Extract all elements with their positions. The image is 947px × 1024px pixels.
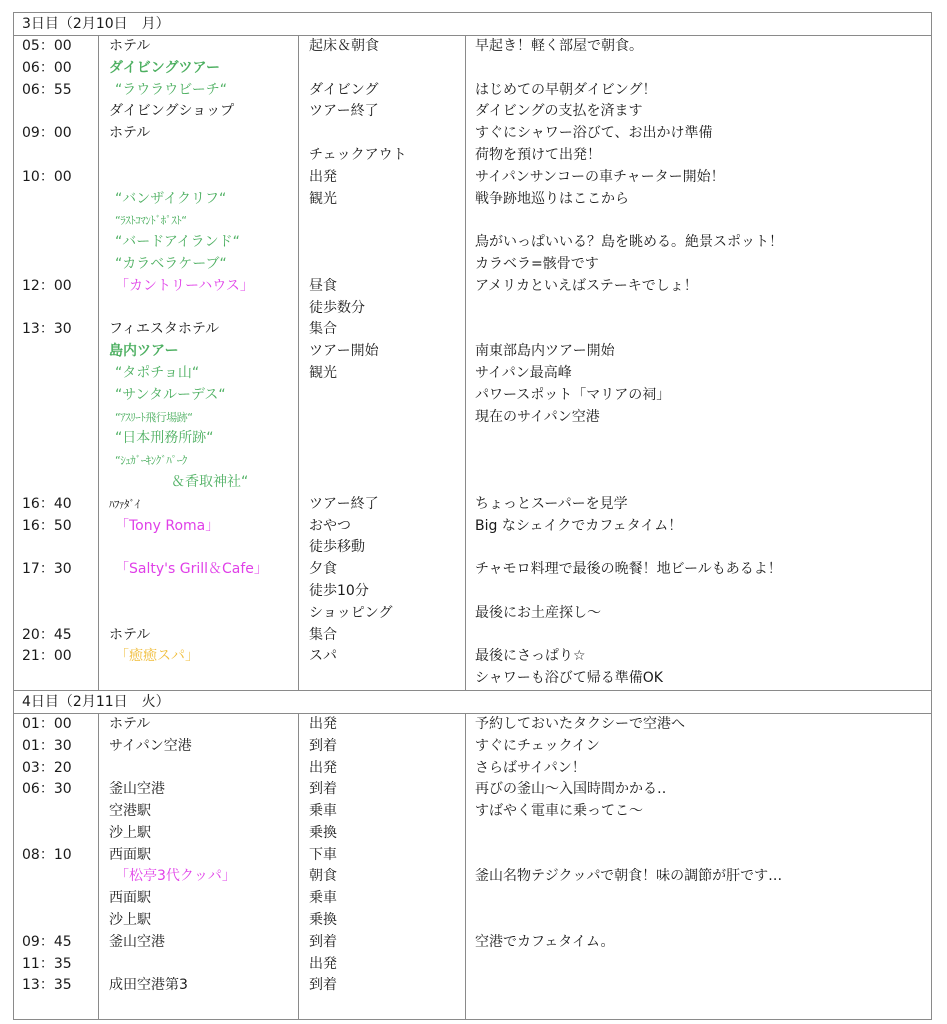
activity-cell <box>299 385 465 407</box>
place-cell: フィエスタホテル <box>99 319 298 341</box>
activity-cell: 出発 <box>299 714 465 736</box>
activity-cell: ツアー終了 <box>299 101 465 123</box>
place-cell: “ラウラウビーチ“ <box>99 80 298 102</box>
place-column: ホテルサイパン空港釜山空港空港駅沙上駅西面駅「松亭3代クッパ」西面駅沙上駅釜山空… <box>98 714 298 1019</box>
activity-cell <box>299 123 465 145</box>
note-cell: 戦争跡地巡りはここから <box>466 189 931 211</box>
activity-cell: 乗換 <box>299 823 465 845</box>
time-cell <box>14 254 98 276</box>
day-schedule: 01：0001：3003：2006：3008：1009：4511：3513：35… <box>14 714 931 1019</box>
note-cell <box>466 58 931 80</box>
note-cell <box>466 910 931 932</box>
activity-cell: 到着 <box>299 779 465 801</box>
time-cell <box>14 232 98 254</box>
time-cell <box>14 428 98 450</box>
place-cell: “サンタルーデス“ <box>99 385 298 407</box>
activity-cell: おやつ <box>299 516 465 538</box>
note-cell <box>466 537 931 559</box>
activity-cell: ショッピング <box>299 603 465 625</box>
activity-cell: 下車 <box>299 845 465 867</box>
activity-cell <box>299 254 465 276</box>
note-cell <box>466 581 931 603</box>
activity-cell <box>299 232 465 254</box>
note-cell <box>466 450 931 472</box>
time-cell <box>14 450 98 472</box>
time-column: 05：0006：0006：5509：0010：0012：0013：3016：40… <box>14 36 98 690</box>
activity-cell: 徒歩移動 <box>299 537 465 559</box>
note-cell: さらばサイパン！ <box>466 758 931 780</box>
place-cell: 「Salty's Grill＆Cafe」 <box>99 559 298 581</box>
time-cell: 21：00 <box>14 646 98 668</box>
time-cell: 20：45 <box>14 625 98 647</box>
note-cell: チャモロ料理で最後の晩餐！地ビールもあるよ！ <box>466 559 931 581</box>
note-cell: ダイビングの支払を済ます <box>466 101 931 123</box>
note-cell: すばやく電車に乗ってこ～ <box>466 801 931 823</box>
note-cell: 荷物を預けて出発！ <box>466 145 931 167</box>
time-cell: 16：40 <box>14 494 98 516</box>
activity-column: 出発到着出発到着乗車乗換下車朝食乗車乗換到着出発到着 <box>298 714 465 1019</box>
time-cell <box>14 801 98 823</box>
activity-cell: 出発 <box>299 758 465 780</box>
place-cell: “バンザイクリフ“ <box>99 189 298 211</box>
note-cell <box>466 823 931 845</box>
time-cell: 12：00 <box>14 276 98 298</box>
activity-cell: 乗換 <box>299 910 465 932</box>
activity-cell: 集合 <box>299 625 465 647</box>
time-cell <box>14 581 98 603</box>
time-cell: 03：20 <box>14 758 98 780</box>
place-cell <box>99 167 298 189</box>
note-cell: 最後にさっぱり☆ <box>466 646 931 668</box>
note-cell: すぐにシャワー浴びて、お出かけ準備 <box>466 123 931 145</box>
note-cell: 最後にお土産探し～ <box>466 603 931 625</box>
note-cell: 南東部島内ツアー開始 <box>466 341 931 363</box>
place-cell: サイパン空港 <box>99 736 298 758</box>
activity-cell <box>299 997 465 1019</box>
time-cell <box>14 866 98 888</box>
place-cell: ホテル <box>99 625 298 647</box>
place-cell: “日本刑務所跡“ <box>99 428 298 450</box>
place-cell: “ｼｭｶﾞｰｷﾝｸﾞﾊﾟｰｸ <box>99 450 298 472</box>
activity-cell: ツアー終了 <box>299 494 465 516</box>
time-cell: 01：00 <box>14 714 98 736</box>
activity-cell: ダイビング <box>299 80 465 102</box>
place-cell: 沙上駅 <box>99 910 298 932</box>
place-cell <box>99 997 298 1019</box>
time-cell: 16：50 <box>14 516 98 538</box>
note-cell: パワースポット「マリアの祠」 <box>466 385 931 407</box>
day-header: 4日目（2月11日 火） <box>14 691 931 714</box>
place-cell: “タポチョ山“ <box>99 363 298 385</box>
activity-cell: 到着 <box>299 736 465 758</box>
activity-cell: 昼食 <box>299 276 465 298</box>
place-cell: 西面駅 <box>99 845 298 867</box>
activity-cell <box>299 428 465 450</box>
note-cell: すぐにチェックイン <box>466 736 931 758</box>
place-cell: 「松亭3代クッパ」 <box>99 866 298 888</box>
activity-cell: 出発 <box>299 954 465 976</box>
time-cell: 06：00 <box>14 58 98 80</box>
time-cell <box>14 145 98 167</box>
time-cell <box>14 888 98 910</box>
note-cell: 再びの釜山～入国時間かかる‥ <box>466 779 931 801</box>
time-cell: 05：00 <box>14 36 98 58</box>
activity-cell: 観光 <box>299 363 465 385</box>
activity-cell: 到着 <box>299 932 465 954</box>
activity-cell <box>299 668 465 690</box>
activity-cell: 到着 <box>299 975 465 997</box>
place-cell: ホテル <box>99 123 298 145</box>
activity-cell <box>299 472 465 494</box>
time-cell: 09：45 <box>14 932 98 954</box>
place-cell: 釜山空港 <box>99 932 298 954</box>
time-cell <box>14 668 98 690</box>
note-cell <box>466 428 931 450</box>
place-cell: ダイビングツアー <box>99 58 298 80</box>
place-cell: 釜山空港 <box>99 779 298 801</box>
note-cell: Big なシェイクでカフェタイム！ <box>466 516 931 538</box>
activity-cell: 乗車 <box>299 888 465 910</box>
day-header: 3日目（2月10日 月） <box>14 13 931 36</box>
note-cell: シャワーも浴びて帰る準備OK <box>466 668 931 690</box>
note-cell: アメリカといえばステーキでしょ！ <box>466 276 931 298</box>
place-cell: “ﾗｽﾄｺﾏﾝﾄﾞﾎﾟｽﾄ“ <box>99 210 298 232</box>
time-cell <box>14 363 98 385</box>
time-cell <box>14 910 98 932</box>
place-cell: 「癒癒スパ」 <box>99 646 298 668</box>
day-schedule: 05：0006：0006：5509：0010：0012：0013：3016：40… <box>14 36 931 691</box>
note-cell: ちょっとスーパーを見学 <box>466 494 931 516</box>
time-cell: 13：30 <box>14 319 98 341</box>
note-cell <box>466 954 931 976</box>
time-cell: 11：35 <box>14 954 98 976</box>
note-column: 予約しておいたタクシーで空港へすぐにチェックインさらばサイパン！再びの釜山～入国… <box>465 714 931 1019</box>
note-cell: 鳥がいっぱいいる？島を眺める。絶景スポット！ <box>466 232 931 254</box>
time-cell <box>14 407 98 429</box>
note-cell <box>466 845 931 867</box>
place-cell: ホテル <box>99 714 298 736</box>
place-cell: 沙上駅 <box>99 823 298 845</box>
time-cell <box>14 341 98 363</box>
time-cell <box>14 189 98 211</box>
time-cell <box>14 472 98 494</box>
activity-cell <box>299 58 465 80</box>
activity-cell: 観光 <box>299 189 465 211</box>
place-cell <box>99 758 298 780</box>
time-cell: 10：00 <box>14 167 98 189</box>
activity-cell: 朝食 <box>299 866 465 888</box>
place-cell <box>99 537 298 559</box>
note-cell <box>466 975 931 997</box>
activity-column: 起床＆朝食ダイビングツアー終了チェックアウト出発観光昼食徒歩数分集合ツアー開始観… <box>298 36 465 690</box>
note-cell <box>466 888 931 910</box>
place-cell: ﾊﾌｧﾀﾞｲ <box>99 494 298 516</box>
time-cell <box>14 823 98 845</box>
note-cell: 空港でカフェタイム。 <box>466 932 931 954</box>
place-cell: 成田空港第3 <box>99 975 298 997</box>
time-cell <box>14 210 98 232</box>
note-cell <box>466 210 931 232</box>
time-cell: 08：10 <box>14 845 98 867</box>
activity-cell: 徒歩数分 <box>299 298 465 320</box>
activity-cell: 起床＆朝食 <box>299 36 465 58</box>
place-column: ホテルダイビングツアー“ラウラウビーチ“ダイビングショップホテル“バンザイクリフ… <box>98 36 298 690</box>
activity-cell: チェックアウト <box>299 145 465 167</box>
note-cell: 早起き！軽く部屋で朝食。 <box>466 36 931 58</box>
note-column: 早起き！軽く部屋で朝食。はじめての早朝ダイビング！ダイビングの支払を済ますすぐに… <box>465 36 931 690</box>
activity-cell: 出発 <box>299 167 465 189</box>
activity-cell <box>299 450 465 472</box>
time-column: 01：0001：3003：2006：3008：1009：4511：3513：35 <box>14 714 98 1019</box>
note-cell <box>466 997 931 1019</box>
place-cell <box>99 145 298 167</box>
place-cell: 「Tony Roma」 <box>99 516 298 538</box>
place-cell <box>99 668 298 690</box>
activity-cell: 乗車 <box>299 801 465 823</box>
place-cell: 島内ツアー <box>99 341 298 363</box>
note-cell <box>466 298 931 320</box>
time-cell: 06：30 <box>14 779 98 801</box>
time-cell <box>14 537 98 559</box>
place-cell: “ｱｽﾘｰﾄ飛行場跡“ <box>99 407 298 429</box>
place-cell: 西面駅 <box>99 888 298 910</box>
time-cell: 13：35 <box>14 975 98 997</box>
note-cell <box>466 625 931 647</box>
place-cell: ホテル <box>99 36 298 58</box>
place-cell: “バードアイランド“ <box>99 232 298 254</box>
note-cell: サイパンサンコーの車チャーター開始！ <box>466 167 931 189</box>
activity-cell <box>299 210 465 232</box>
time-cell <box>14 298 98 320</box>
activity-cell: 集合 <box>299 319 465 341</box>
time-cell: 17：30 <box>14 559 98 581</box>
place-cell <box>99 581 298 603</box>
place-cell: 空港駅 <box>99 801 298 823</box>
note-cell: はじめての早朝ダイビング！ <box>466 80 931 102</box>
note-cell: 釜山名物テジクッパで朝食！味の調節が肝です… <box>466 866 931 888</box>
place-cell <box>99 298 298 320</box>
time-cell <box>14 385 98 407</box>
activity-cell: ツアー開始 <box>299 341 465 363</box>
time-cell: 06：55 <box>14 80 98 102</box>
time-cell <box>14 603 98 625</box>
note-cell <box>466 319 931 341</box>
itinerary-table: 3日目（2月10日 月）05：0006：0006：5509：0010：0012：… <box>13 12 932 1020</box>
place-cell: “カラベラケーブ“ <box>99 254 298 276</box>
note-cell: 予約しておいたタクシーで空港へ <box>466 714 931 736</box>
place-cell: ダイビングショップ <box>99 101 298 123</box>
place-cell <box>99 603 298 625</box>
place-cell: ＆香取神社“ <box>99 472 298 494</box>
activity-cell: 徒歩10分 <box>299 581 465 603</box>
place-cell: 「カントリーハウス」 <box>99 276 298 298</box>
note-cell: サイパン最高峰 <box>466 363 931 385</box>
note-cell <box>466 472 931 494</box>
place-cell <box>99 954 298 976</box>
time-cell: 09：00 <box>14 123 98 145</box>
time-cell: 01：30 <box>14 736 98 758</box>
time-cell <box>14 101 98 123</box>
activity-cell: 夕食 <box>299 559 465 581</box>
activity-cell <box>299 407 465 429</box>
note-cell: 現在のサイパン空港 <box>466 407 931 429</box>
activity-cell: スパ <box>299 646 465 668</box>
note-cell: カラベラ=骸骨です <box>466 254 931 276</box>
time-cell <box>14 997 98 1019</box>
